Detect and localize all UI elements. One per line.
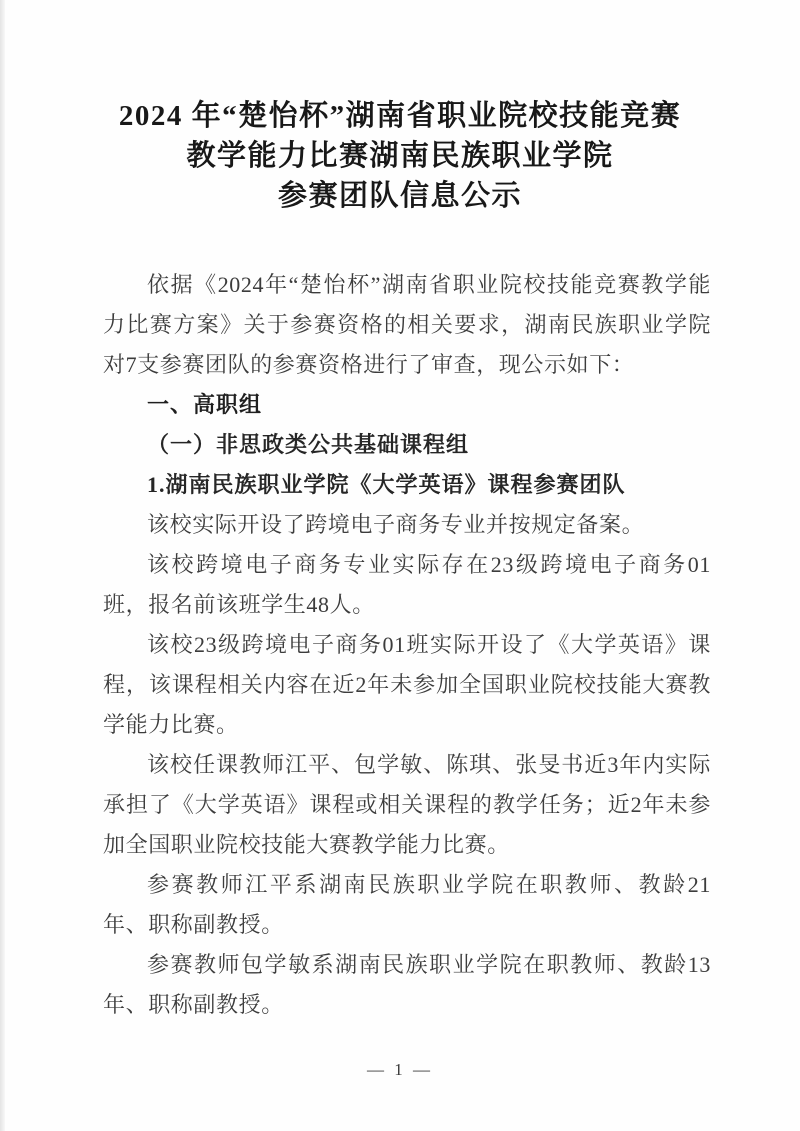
- body-paragraph-6: 参赛教师包学敏系湖南民族职业学院在职教师、教龄13年、职称副教授。: [103, 945, 711, 1025]
- body-paragraph-5: 参赛教师江平系湖南民族职业学院在职教师、教龄21年、职称副教授。: [103, 865, 711, 945]
- body-paragraph-3: 该校23级跨境电子商务01班实际开设了《大学英语》课程，该课程相关内容在近2年未…: [103, 625, 711, 745]
- body-paragraph-2: 该校跨境电子商务专业实际存在23级跨境电子商务01班，报名前该班学生48人。: [103, 545, 711, 625]
- section-heading-level3: 1.湖南民族职业学院《大学英语》课程参赛团队: [103, 465, 711, 505]
- page-number: — 1 —: [0, 1058, 800, 1082]
- title-line-3: 参赛团队信息公示: [60, 176, 740, 216]
- section-heading-level2: （一）非思政类公共基础课程组: [103, 425, 711, 465]
- section-heading-level1: 一、高职组: [103, 385, 711, 425]
- body-paragraph-4: 该校任课教师江平、包学敏、陈琪、张旻书近3年内实际承担了《大学英语》课程或相关课…: [103, 745, 711, 865]
- document-body: 依据《2024年“楚怡杯”湖南省职业院校技能竞赛教学能力比赛方案》关于参赛资格的…: [103, 265, 711, 1025]
- body-paragraph-1: 该校实际开设了跨境电子商务专业并按规定备案。: [103, 505, 711, 545]
- title-line-2: 教学能力比赛湖南民族职业学院: [60, 136, 740, 176]
- document-title: 2024 年“楚怡杯”湖南省职业院校技能竞赛 教学能力比赛湖南民族职业学院 参赛…: [60, 96, 740, 216]
- title-line-1: 2024 年“楚怡杯”湖南省职业院校技能竞赛: [60, 96, 740, 136]
- intro-paragraph: 依据《2024年“楚怡杯”湖南省职业院校技能竞赛教学能力比赛方案》关于参赛资格的…: [103, 265, 711, 385]
- scan-edge: [0, 0, 5, 1131]
- document-page: 2024 年“楚怡杯”湖南省职业院校技能竞赛 教学能力比赛湖南民族职业学院 参赛…: [0, 0, 800, 1131]
